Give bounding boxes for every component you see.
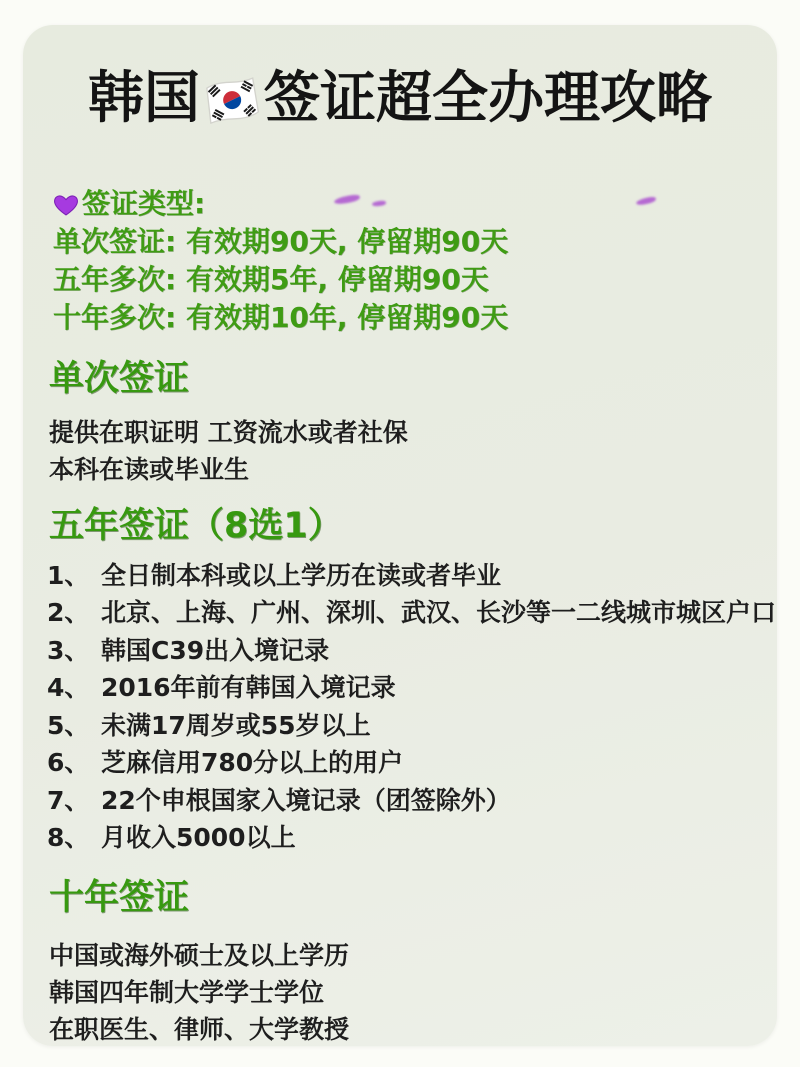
list-item-text: 韩国C39出入境记录	[101, 631, 329, 667]
visa-type-row: 五年多次: 有效期5年, 停留期90天	[53, 261, 508, 299]
list-item-text: 全日制本科或以上学历在读或者毕业	[101, 556, 501, 592]
single-visa-body: 提供在职证明 工资流水或者社保 本科在读或毕业生	[49, 414, 408, 488]
list-item: 3、 韩国C39出入境记录	[47, 630, 776, 668]
list-item: 6、 芝麻信用780分以上的用户	[47, 743, 776, 781]
visa-types-heading-row: 签证类型:	[53, 185, 508, 223]
body-line: 本科在读或毕业生	[49, 451, 408, 488]
list-item-text: 北京、上海、广州、深圳、武汉、长沙等一二线城市城区户口	[101, 593, 776, 629]
list-item-text: 芝麻信用780分以上的用户	[101, 743, 403, 779]
list-item-text: 月收入5000以上	[101, 818, 296, 854]
list-item: 8、 月收入5000以上	[47, 818, 776, 856]
list-item-number: 7、	[47, 781, 101, 817]
visa-types-heading: 签证类型:	[82, 185, 205, 223]
section-heading-single-visa: 单次签证	[49, 359, 189, 399]
title-text-left: 韩国	[88, 66, 200, 131]
list-item-number: 5、	[47, 706, 101, 742]
page-title: 韩国 签证超全办理攻略	[23, 61, 777, 137]
list-item: 2、 北京、上海、广州、深圳、武汉、长沙等一二线城市城区户口	[47, 593, 776, 631]
list-item-number: 6、	[47, 743, 101, 779]
list-item-text: 22个申根国家入境记录（团签除外）	[101, 781, 511, 817]
south-korea-flag-icon	[201, 64, 265, 147]
list-item: 4、 2016年前有韩国入境记录	[47, 668, 776, 706]
title-text-right: 签证超全办理攻略	[264, 66, 712, 131]
ten-year-visa-body: 中国或海外硕士及以上学历 韩国四年制大学学士学位 在职医生、律师、大学教授	[49, 937, 349, 1048]
list-item: 7、 22个申根国家入境记录（团签除外）	[47, 780, 776, 818]
body-line: 中国或海外硕士及以上学历	[49, 937, 349, 974]
list-item-text: 未满17周岁或55岁以上	[101, 706, 371, 742]
body-line: 提供在职证明 工资流水或者社保	[49, 414, 408, 451]
visa-type-row: 十年多次: 有效期10年, 停留期90天	[53, 299, 508, 337]
purple-heart-icon	[53, 192, 79, 218]
list-item-text: 2016年前有韩国入境记录	[101, 668, 396, 704]
list-item-number: 3、	[47, 631, 101, 667]
section-heading-five-year-visa: 五年签证（8选1）	[49, 506, 343, 546]
visa-types-block: 签证类型: 单次签证: 有效期90天, 停留期90天 五年多次: 有效期5年, …	[53, 185, 508, 337]
visa-guide-card: 韩国 签证超全办理攻略	[23, 25, 777, 1046]
list-item-number: 4、	[47, 668, 101, 704]
list-item: 5、 未满17周岁或55岁以上	[47, 705, 776, 743]
five-year-visa-list: 1、 全日制本科或以上学历在读或者毕业 2、 北京、上海、广州、深圳、武汉、长沙…	[47, 555, 776, 855]
body-line: 韩国四年制大学学士学位	[49, 974, 349, 1011]
section-heading-ten-year-visa: 十年签证	[49, 878, 189, 918]
list-item-number: 2、	[47, 593, 101, 629]
body-line: 在职医生、律师、大学教授	[49, 1011, 349, 1048]
visa-type-row: 单次签证: 有效期90天, 停留期90天	[53, 223, 508, 261]
list-item-number: 1、	[47, 556, 101, 592]
list-item: 1、 全日制本科或以上学历在读或者毕业	[47, 555, 776, 593]
list-item-number: 8、	[47, 818, 101, 854]
